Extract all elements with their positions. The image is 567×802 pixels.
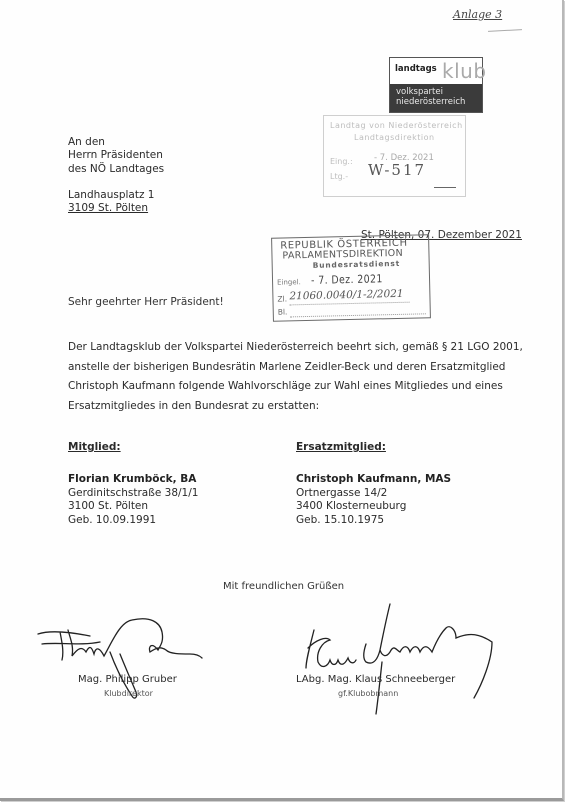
nominee-city: 3100 St. Pölten bbox=[68, 500, 268, 514]
stamp-lg-label: Ltg.- bbox=[330, 172, 348, 181]
stamp-bl-label: Bl. bbox=[278, 307, 288, 316]
recipient-city: 3109 St. Pölten bbox=[68, 202, 164, 215]
nominee-street: Ortnergasse 14/2 bbox=[296, 487, 496, 501]
recipient-line: Herrn Präsidenten bbox=[68, 149, 164, 162]
stamp-dash bbox=[434, 187, 456, 188]
signature-scribble-icon bbox=[270, 600, 520, 720]
stamp-handwritten-number: W-517 bbox=[368, 161, 426, 179]
recipient-street: Landhausplatz 1 bbox=[68, 189, 164, 202]
stamp-zl-value: 21060.0040/1-2/2021 bbox=[289, 288, 403, 303]
nominee-substitute: Ersatzmitglied: Christoph Kaufmann, MAS … bbox=[296, 441, 496, 527]
landtagsklub-logo: landtags klub volkspartei niederösterrei… bbox=[389, 57, 483, 113]
stamp-zl-label: Zl. bbox=[277, 294, 287, 303]
stamp-eing-label: Eing.: bbox=[330, 157, 353, 166]
logo-volkspartei: volkspartei bbox=[396, 87, 482, 97]
stamp-zl-line bbox=[290, 302, 410, 306]
salutation: Sehr geehrter Herr Präsident! bbox=[68, 296, 224, 309]
stamp-eingel-date: - 7. Dez. 2021 bbox=[311, 272, 383, 287]
nominee-birth: Geb. 15.10.1975 bbox=[296, 514, 496, 528]
signature-schneeberger: LAbg. Mag. Klaus Schneeberger gf.Klubobm… bbox=[270, 600, 520, 720]
body-line: anstelle der bisherigen Bundesrätin Marl… bbox=[68, 358, 528, 378]
stamp-bl-line bbox=[290, 313, 426, 317]
logo-bottom-band: volkspartei niederösterreich bbox=[390, 84, 482, 112]
nominee-name: Florian Krumböck, BA bbox=[68, 473, 268, 487]
letter-body: Der Landtagsklub der Volkspartei Niederö… bbox=[68, 338, 528, 416]
landtag-receipt-stamp: Landtag von Niederösterreich Landtagsdir… bbox=[323, 115, 466, 197]
signatory-role: gf.Klubobmann bbox=[338, 689, 398, 699]
nominee-street: Gerdinitschstraße 38/1/1 bbox=[68, 487, 268, 501]
body-line: Christoph Kaufmann folgende Wahlvorschlä… bbox=[68, 377, 528, 397]
stamp-bundesratsdienst: Bundesratsdienst bbox=[313, 259, 401, 270]
body-line: Ersatzmitgliedes in den Bundesrat zu ers… bbox=[68, 397, 528, 417]
closing: Mit freundlichen Grüßen bbox=[223, 580, 344, 593]
stamp-header-1: Landtag von Niederösterreich bbox=[330, 121, 463, 130]
recipient-line: An den bbox=[68, 136, 164, 149]
logo-top-band: landtags klub bbox=[390, 58, 482, 84]
letter-page: Anlage 3 landtags klub volkspartei niede… bbox=[0, 0, 564, 801]
recipient-address: An den Herrn Präsidenten des NÖ Landtage… bbox=[68, 136, 164, 215]
parliament-receipt-stamp: REPUBLIK ÖSTERREICH PARLAMENTSDIREKTION … bbox=[271, 234, 431, 322]
stamp-header-2: Landtagsdirektion bbox=[354, 133, 435, 142]
recipient-line: des NÖ Landtages bbox=[68, 163, 164, 176]
signatory-role: Klubdirektor bbox=[104, 689, 153, 699]
logo-landtags: landtags bbox=[395, 64, 437, 74]
signatory-name: Mag. Philipp Gruber bbox=[78, 674, 177, 686]
nominee-city: 3400 Klosterneuburg bbox=[296, 500, 496, 514]
nominee-heading: Mitglied: bbox=[68, 441, 268, 454]
signature-gruber: Mag. Philipp Gruber Klubdirektor bbox=[20, 612, 220, 712]
annex-underline bbox=[488, 29, 522, 32]
logo-klub: klub bbox=[442, 59, 487, 83]
annex-label: Anlage 3 bbox=[453, 8, 502, 21]
nominee-birth: Geb. 10.09.1991 bbox=[68, 514, 268, 528]
logo-niederoesterreich: niederösterreich bbox=[396, 97, 482, 107]
nominee-member: Mitglied: Florian Krumböck, BA Gerdinits… bbox=[68, 441, 268, 527]
nominee-heading: Ersatzmitglied: bbox=[296, 441, 496, 454]
nominee-name: Christoph Kaufmann, MAS bbox=[296, 473, 496, 487]
signatory-name: LAbg. Mag. Klaus Schneeberger bbox=[296, 674, 455, 686]
stamp-eingel-label: Eingel. bbox=[277, 278, 301, 287]
body-line: Der Landtagsklub der Volkspartei Niederö… bbox=[68, 338, 528, 358]
